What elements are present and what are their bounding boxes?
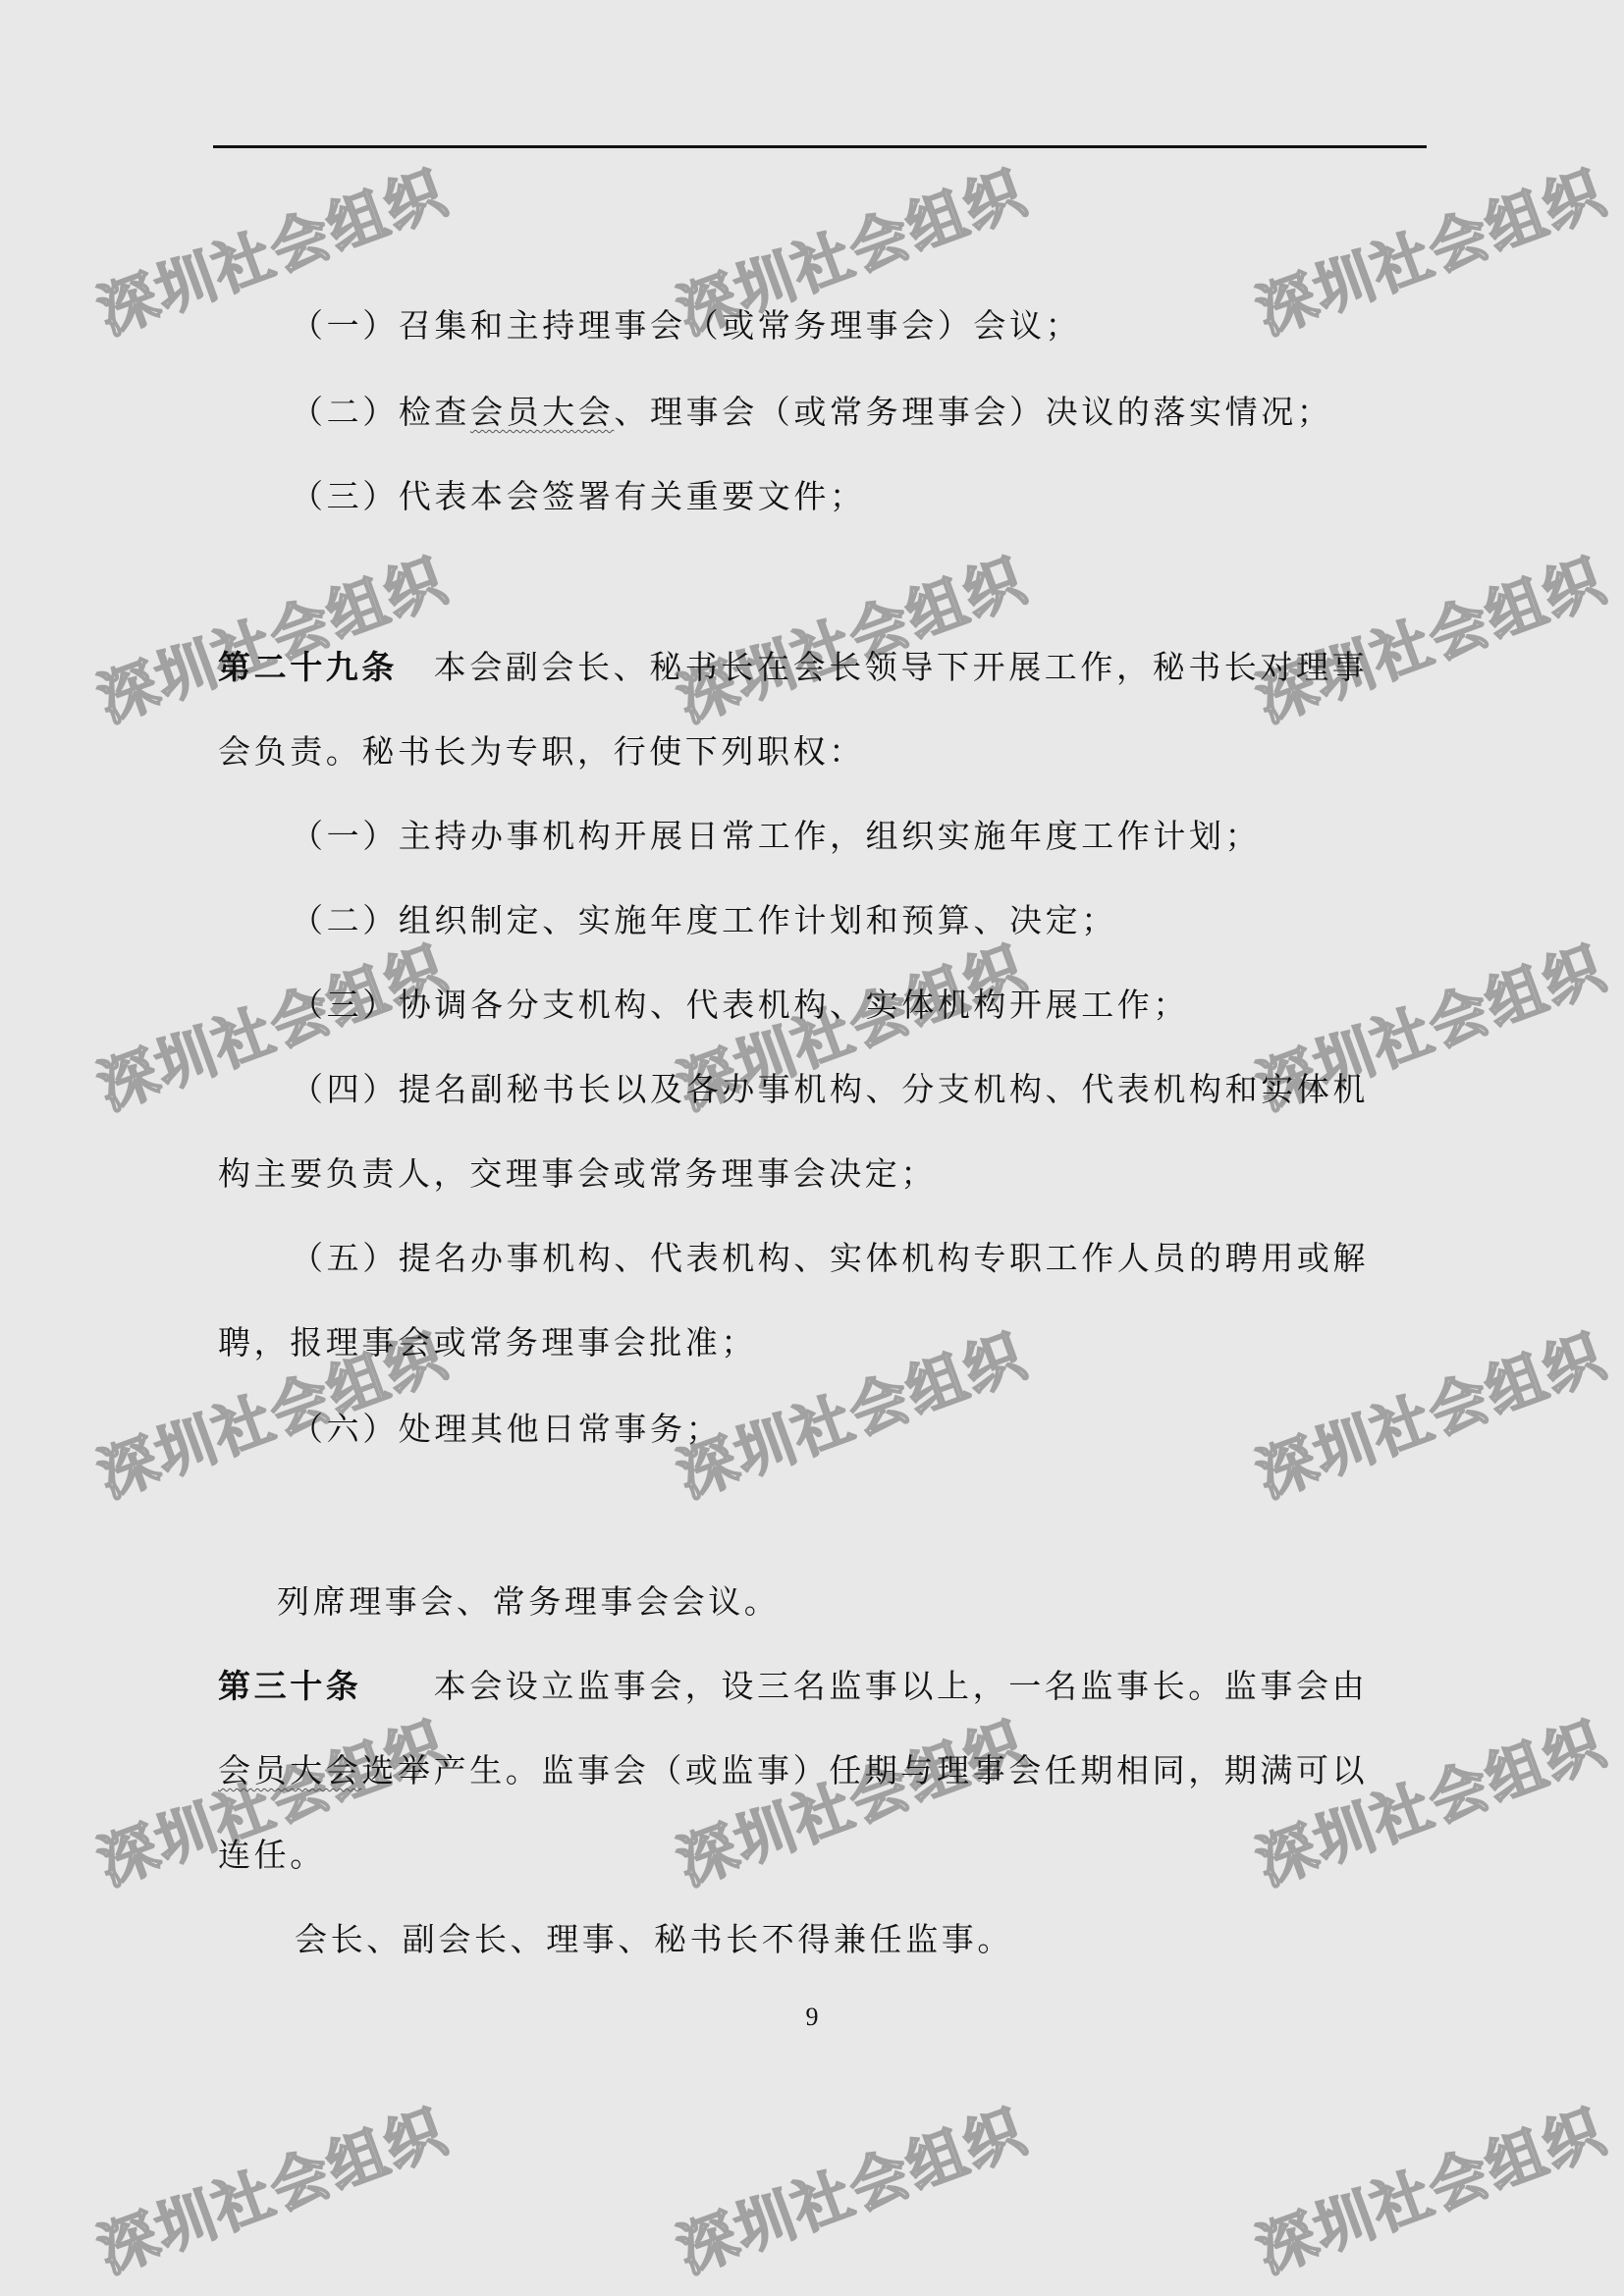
clause-29-6: （六）处理其他日常事务； (291, 1410, 722, 1449)
article-30-cont: 会员大会选举产生。监事会（或监事）任期与理事会任期相同，期满可以 (218, 1751, 1368, 1790)
clause-29-5-cont: 聘，报理事会或常务理事会批准； (218, 1323, 757, 1362)
spellcheck-underlined-term: 会员大会 (470, 393, 614, 431)
article-30-heading: 第三十条 本会设立监事会，设三名监事以上，一名监事长。监事会由 (218, 1667, 1368, 1706)
document-page: 深圳社会组织深圳社会组织深圳社会组织深圳社会组织深圳社会组织深圳社会组织深圳社会… (0, 0, 1624, 2296)
clause-1-1: （一）召集和主持理事会（或常务理事会）会议； (291, 306, 1081, 346)
article-30-restriction: 会长、副会长、理事、秘书长不得兼任监事。 (295, 1920, 1013, 1959)
article-number: 第三十条 (218, 1667, 361, 1705)
article-29-heading: 第二十九条 本会副会长、秘书长在会长领导下开展工作，秘书长对理事 (218, 648, 1368, 687)
clause-29-4: （四）提名副秘书长以及各办事机构、分支机构、代表机构和实体机 (291, 1070, 1369, 1109)
article-29-cont: 会负责。秘书长为专职，行使下列职权： (218, 732, 865, 772)
attend-meetings-line: 列席理事会、常务理事会会议。 (277, 1582, 780, 1622)
spellcheck-underlined-term: 会员大会 (218, 1751, 361, 1789)
clause-1-3: （三）代表本会签署有关重要文件； (291, 477, 866, 516)
clause-29-1: （一）主持办事机构开展日常工作，组织实施年度工作计划； (291, 817, 1261, 856)
clause-29-3: （三）协调各分支机构、代表机构、实体机构开展工作； (291, 986, 1189, 1025)
header-rule (213, 145, 1427, 148)
article-30-cont-2: 连任。 (218, 1836, 326, 1875)
clause-1-2: （二）检查会员大会、理事会（或常务理事会）决议的落实情况； (291, 393, 1332, 432)
clause-29-4-cont: 构主要负责人，交理事会或常务理事会决定； (218, 1154, 937, 1194)
article-number: 第二十九条 (218, 648, 398, 686)
page-number: 9 (0, 2002, 1624, 2032)
clause-29-2: （二）组织制定、实施年度工作计划和预算、决定； (291, 901, 1117, 940)
clause-29-5: （五）提名办事机构、代表机构、实体机构专职工作人员的聘用或解 (291, 1239, 1369, 1278)
page-content: （一）召集和主持理事会（或常务理事会）会议； （二）检查会员大会、理事会（或常务… (0, 0, 1624, 2296)
